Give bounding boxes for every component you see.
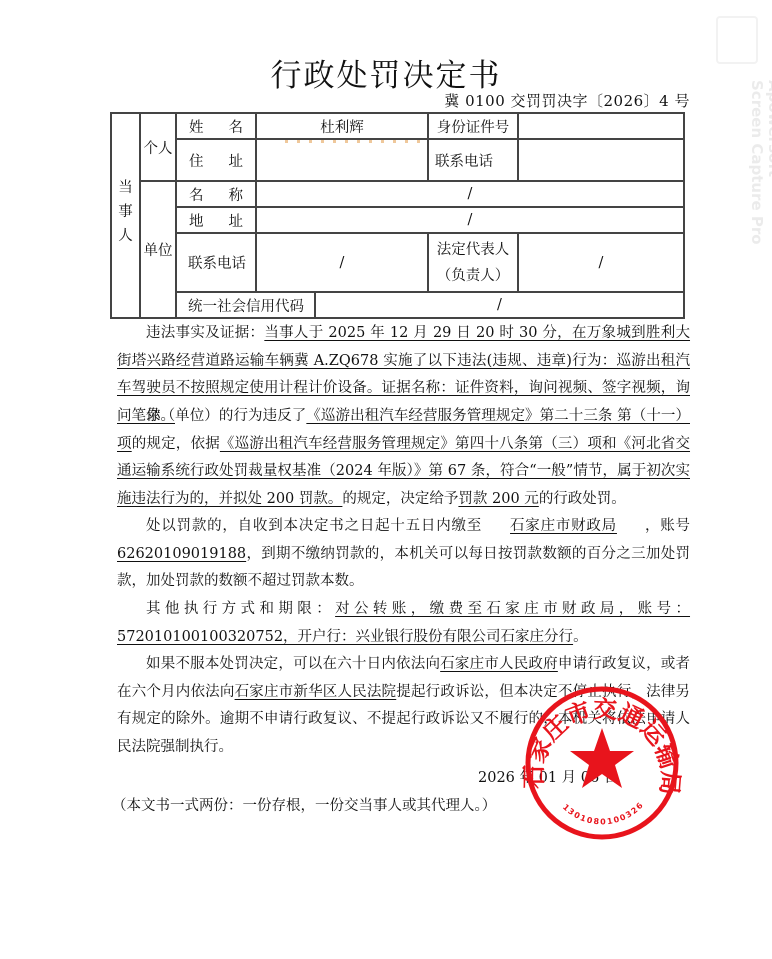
screen-capture-watermark: ApowersoftScreen Capture Pro	[712, 10, 762, 300]
facts-label: 违法事实及证据：	[146, 325, 264, 341]
document-title: 行政处罚决定书	[0, 50, 772, 95]
unit-name-label: 名称	[177, 182, 255, 206]
party-label: 当事人	[112, 182, 139, 242]
penalty-amount: 罚款 200 元	[458, 491, 538, 507]
unit-group-label: 单位	[141, 182, 175, 317]
court: 石家庄市新华区人民法院	[235, 684, 397, 700]
unit-address-value: /	[257, 208, 683, 232]
legal-representative-value: /	[519, 234, 683, 291]
document-number: 冀 0100 交罚罚决字〔2026〕4 号	[444, 90, 690, 111]
individual-address-label: 住址	[177, 140, 255, 180]
redacted-address-traces	[285, 140, 420, 143]
scissors-icon	[716, 16, 758, 64]
id-number-label: 身份证件号	[429, 114, 517, 138]
individual-name-value: 杜利辉	[257, 114, 427, 138]
individual-phone-value	[519, 140, 683, 180]
payee: 石家庄市财政局	[482, 518, 645, 534]
other-execution-section: 其他执行方式和期限：对公转账，缴费至石家庄市财政局，账号：57201010010…	[117, 596, 690, 651]
unit-phone-value: /	[257, 234, 427, 291]
individual-name-label: 姓名	[177, 114, 255, 138]
payment-section: 处以罚款的，自收到本决定书之日起十五日内缴至石家庄市财政局，账号62620109…	[117, 513, 690, 596]
unit-name-value: /	[257, 182, 683, 206]
individual-phone-label: 联系电话	[429, 140, 517, 180]
credit-code-value: /	[316, 293, 683, 317]
svg-text:1301080100326: 1301080100326	[561, 800, 646, 827]
credit-code-label: 统一社会信用代码	[177, 293, 314, 317]
legal-representative-label: 法定代表人 （负责人）	[429, 234, 517, 291]
official-seal-icon: 石家庄市交通运输局 1301080100326	[522, 683, 682, 843]
individual-address-value	[257, 140, 427, 180]
review-body: 石家庄市人民政府	[440, 656, 558, 672]
copies-note: （本文书一式两份：一份存根，一份交当事人或其代理人。）	[112, 794, 496, 815]
id-number-value	[519, 114, 683, 138]
unit-address-label: 地址	[177, 208, 255, 232]
unit-phone-label: 联系电话	[177, 234, 255, 291]
payment-account: 62620109019188	[117, 546, 246, 562]
individual-group-label: 个人	[141, 114, 175, 180]
violation-section: 你（单位）的行为违反了《巡游出租汽车经营服务管理规定》第二十三条 第（十一）项的…	[117, 403, 690, 513]
